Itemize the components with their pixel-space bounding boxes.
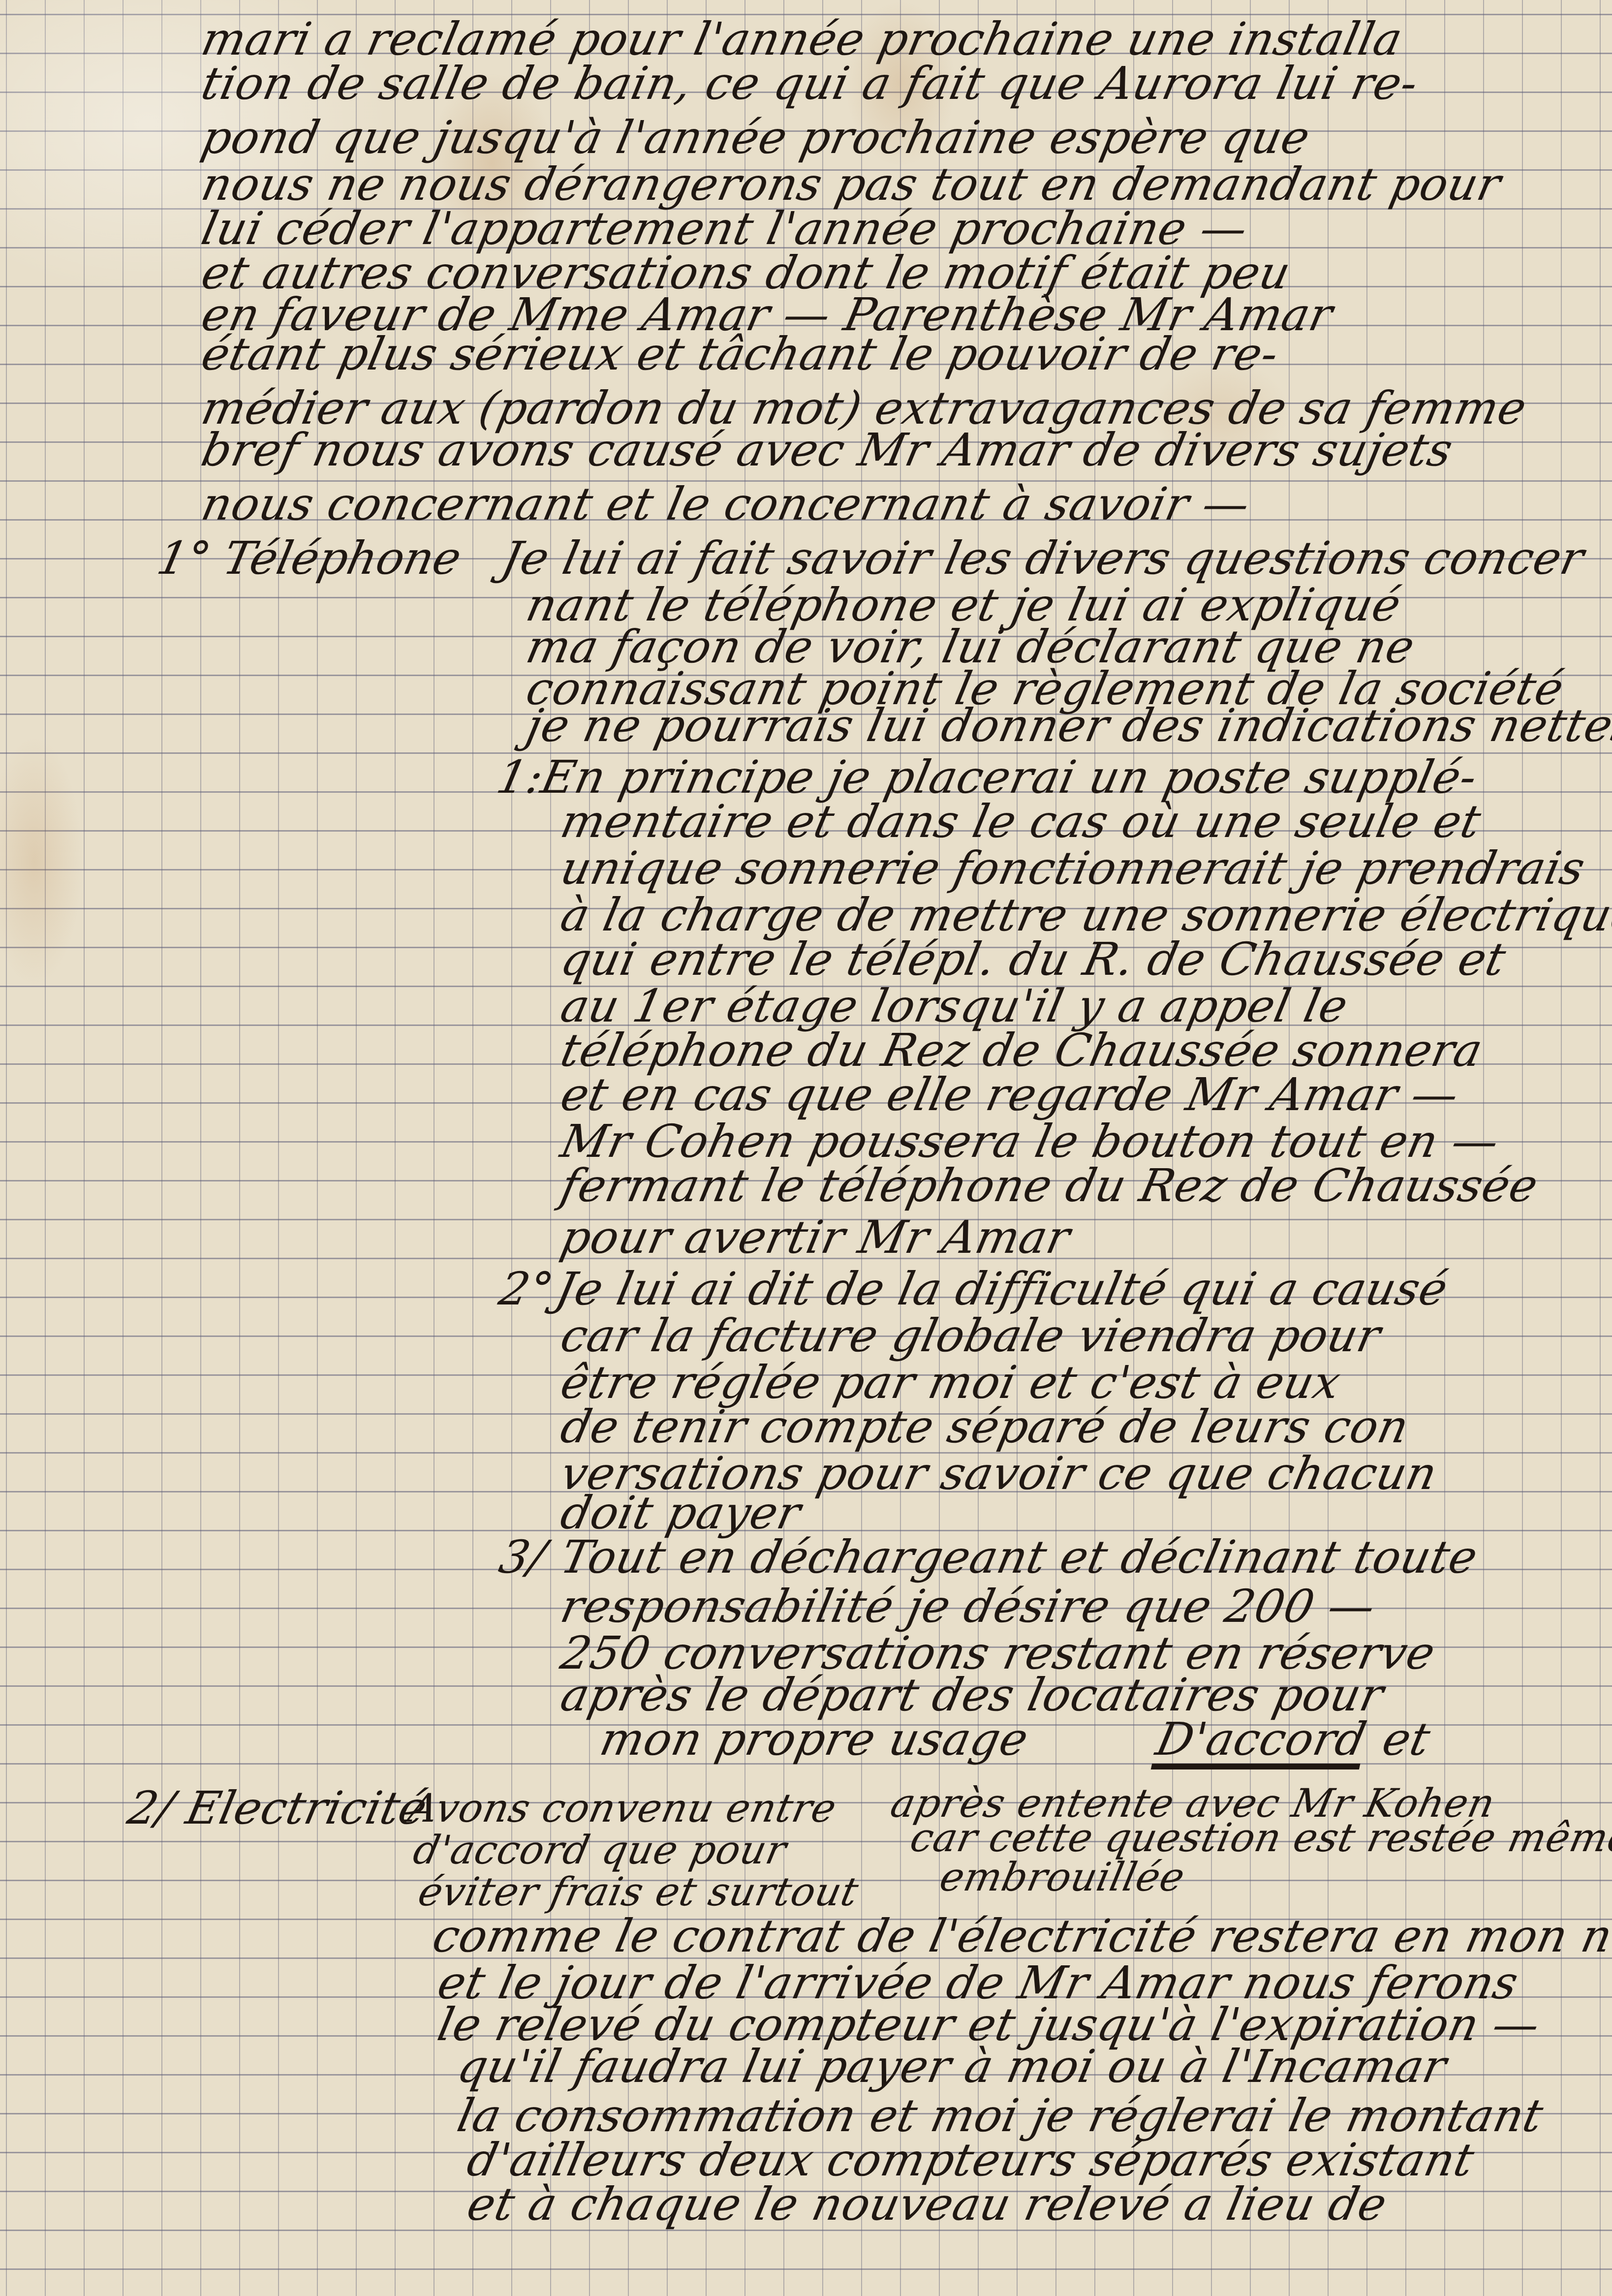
section-1-line-5: je ne pourrais lui donner des indication…	[522, 699, 1612, 753]
intro-line-8: étant plus sérieux et tâchant le pouvoir…	[197, 327, 1283, 381]
intro-line-10: bref nous avons causé avec Mr Amar de di…	[197, 423, 1457, 477]
item-1-line-10: fermant le téléphone du Rez de Chaussée	[556, 1159, 1543, 1213]
item-3-label: 3/	[495, 1530, 551, 1584]
item-2-line-4: de tenir compte séparé de leurs con	[556, 1400, 1414, 1454]
item-3-line-2: responsabilité je désire que 200 —	[556, 1580, 1380, 1634]
item-3-line-1: Tout en déchargeant et déclinant toute	[556, 1530, 1483, 1584]
item-2-line-1: Je lui ai dit de la difficulté qui a cau…	[551, 1262, 1453, 1316]
section-2-heading: 2/ Electricité	[123, 1781, 432, 1835]
intro-line-2: tion de salle de bain, ce qui a fait que…	[197, 57, 1423, 111]
section-2-right-line-3: embrouillée	[935, 1850, 1190, 1904]
item-3-line-5: mon propre usage	[595, 1712, 1033, 1767]
item-2-label: 2°	[495, 1262, 558, 1316]
item-1-line-8: et en cas que elle regarde Mr Amar —	[556, 1068, 1464, 1122]
item-1-line-2: mentaire et dans le cas où une seule et	[556, 795, 1486, 849]
intro-line-3: pond que jusqu'à l'année prochaine espèr…	[197, 111, 1315, 165]
section-2-line-4: qu'il faudra lui payer à moi ou à l'Inca…	[453, 2040, 1452, 2094]
item-1-line-3: unique sonnerie fonctionnerait je prendr…	[556, 841, 1590, 896]
section-2-line-1: comme le contrat de l'électricité rester…	[428, 1909, 1612, 1963]
section-1-line-1: Je lui ai fait savoir les divers questio…	[497, 531, 1589, 586]
item-1-line-5: qui entre le télépl. du R. de Chaussée e…	[556, 932, 1511, 987]
item-1-line-11: pour avertir Mr Amar	[556, 1210, 1075, 1265]
item-2-line-2: car la facture globale viendra pour	[556, 1309, 1386, 1363]
agreement-note: D'accord	[1151, 1712, 1371, 1767]
agreement-tail: et	[1378, 1712, 1435, 1767]
intro-line-11: nous concernant et le concernant à savoi…	[197, 477, 1255, 531]
manuscript-page: mari a reclamé pour l'année prochaine un…	[0, 0, 1612, 2296]
section-2-line-7: et à chaque le nouveau relevé a lieu de	[463, 2177, 1392, 2232]
section-1-heading: 1° Téléphone	[153, 531, 466, 586]
